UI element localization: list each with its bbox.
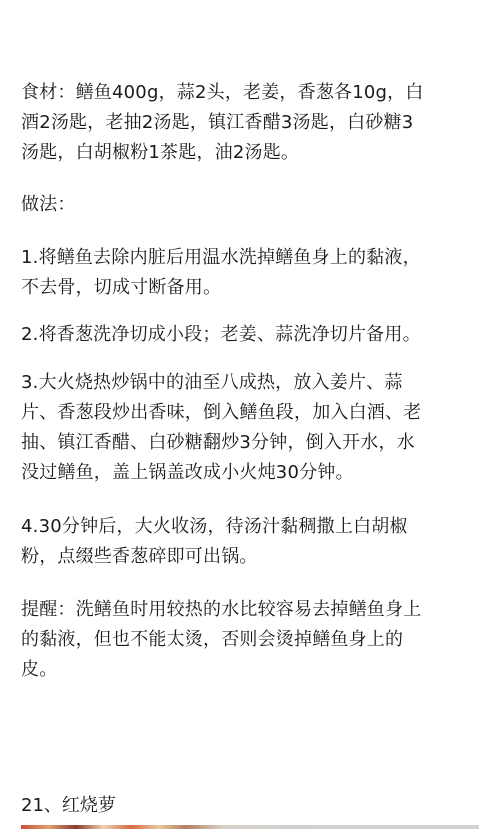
ingredients-paragraph: 食材：鳝鱼400g，蒜2头，老姜，香葱各10g，白 酒2汤匙，老抽2汤匙，镇江香…: [21, 78, 483, 168]
method-title: 做法：: [21, 190, 483, 220]
method-title-text: 做法：: [21, 190, 483, 220]
step-line: 片、香葱段炒出香味，倒入鳝鱼段，加入白酒、老: [21, 398, 483, 428]
tip-line: 的黏液，但也不能太烫，否则会烫掉鳝鱼身上的: [21, 625, 483, 655]
tip-paragraph: 提醒：洗鳝鱼时用较热的水比较容易去掉鳝鱼身上 的黏液，但也不能太烫，否则会烫掉鳝…: [21, 595, 483, 685]
method-step-1: 1.将鳝鱼去除内脏后用温水洗掉鳝鱼身上的黏液， 不去骨，切成寸断备用。: [21, 243, 483, 303]
step-line: 4.30分钟后，大火收汤，待汤汁黏稠撒上白胡椒: [21, 512, 483, 542]
tip-line: 皮。: [21, 655, 483, 685]
method-step-4: 4.30分钟后，大火收汤，待汤汁黏稠撒上白胡椒 粉，点缀些香葱碎即可出锅。: [21, 512, 483, 572]
method-step-3: 3.大火烧热炒锅中的油至八成热，放入姜片、蒜 片、香葱段炒出香味，倒入鳝鱼段，加…: [21, 368, 483, 488]
tip-line: 提醒：洗鳝鱼时用较热的水比较容易去掉鳝鱼身上: [21, 595, 483, 625]
ingredients-line: 汤匙，白胡椒粉1茶匙，油2汤匙。: [21, 138, 483, 168]
step-line: 1.将鳝鱼去除内脏后用温水洗掉鳝鱼身上的黏液，: [21, 243, 483, 273]
step-line: 3.大火烧热炒锅中的油至八成热，放入姜片、蒜: [21, 368, 483, 398]
section-heading: 21、红烧萝: [21, 793, 116, 819]
method-step-2: 2.将香葱洗净切成小段；老姜、蒜洗净切片备用。: [21, 320, 483, 350]
step-line: 没过鳝鱼，盖上锅盖改成小火炖30分钟。: [21, 458, 483, 488]
dish-photo: [21, 825, 479, 829]
step-line: 粉，点缀些香葱碎即可出锅。: [21, 542, 483, 572]
step-line: 2.将香葱洗净切成小段；老姜、蒜洗净切片备用。: [21, 320, 483, 350]
ingredients-line: 食材：鳝鱼400g，蒜2头，老姜，香葱各10g，白: [21, 78, 483, 108]
step-line: 抽、镇江香醋、白砂糖翻炒3分钟，倒入开水，水: [21, 428, 483, 458]
ingredients-line: 酒2汤匙，老抽2汤匙，镇江香醋3汤匙，白砂糖3: [21, 108, 483, 138]
step-line: 不去骨，切成寸断备用。: [21, 273, 483, 303]
